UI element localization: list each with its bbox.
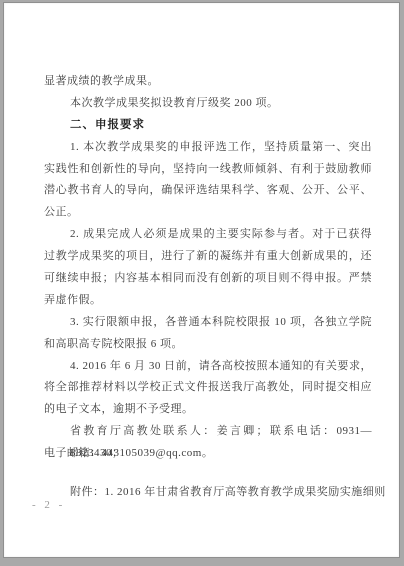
text-line: 和高职高专院校限报 6 项。 [44,334,372,356]
section-heading: 二、申报要求 [44,115,372,137]
text-line: 将全部推荐材料以学校正式文件报送我厅高教处，同时提交相应 [44,377,372,399]
page-number: - 2 - [32,499,65,511]
text-line: 实践性和创新性的导向，坚持向一线教师倾斜、有利于鼓励教师 [44,159,372,181]
text-line: 弄虚作假。 [44,290,372,312]
contact-line: 省教育厅高教处联系人：姜言卿；联系电话：0931—8823430； [44,421,372,443]
text-line: 过教学成果奖的项目，进行了新的凝练并有重大创新成果的，还 [44,246,372,268]
text-line: 公正。 [44,202,372,224]
text-line: 2. 成果完成人必须是成果的主要实际参与者。对于已获得 [44,224,372,246]
text-line: 1. 本次教学成果奖的申报评选工作，坚持质量第一、突出 [44,137,372,159]
email-line: 电子邮箱：443105039@qq.com。 [44,443,372,465]
text-line: 3. 实行限额申报，各普通本科院校限报 10 项，各独立学院 [44,312,372,334]
document-body: 显著成绩的教学成果。 本次教学成果奖拟设教育厅级奖 200 项。 二、申报要求 … [44,71,372,504]
text-line: 4. 2016 年 6 月 30 日前，请各高校按照本通知的有关要求， [44,356,372,378]
attachment-line: 附件：1. 2016 年甘肃省教育厅高等教育教学成果奖励实施细则 [44,482,372,504]
text-line: 潜心教书育人的导向，确保评选结果科学、客观、公开、公平、 [44,180,372,202]
text-line: 可继续申报；内容基本相同而没有创新的项目则不得申报。严禁 [44,268,372,290]
text-line: 显著成绩的教学成果。 [44,71,372,93]
text-line: 本次教学成果奖拟设教育厅级奖 200 项。 [44,93,372,115]
text-line: 的电子文本，逾期不予受理。 [44,399,372,421]
document-page: 显著成绩的教学成果。 本次教学成果奖拟设教育厅级奖 200 项。 二、申报要求 … [3,2,400,558]
